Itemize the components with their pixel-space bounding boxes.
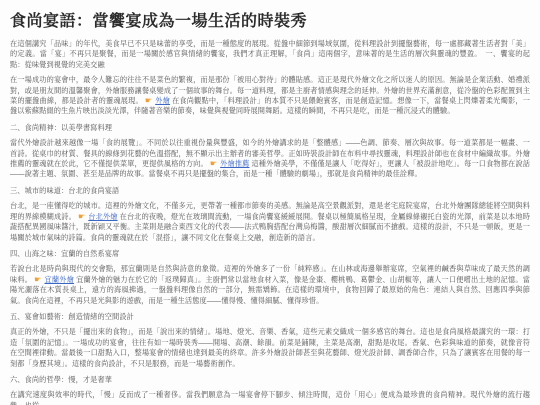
paragraph: 真正的外燴，不只是「擺出來的食物」，而是「說出來的情緒」。場地、燈光、音樂、香氣… — [10, 327, 530, 369]
section-heading: 六、食尚的哲學：慢，才是奢華 — [10, 375, 530, 385]
section-heading: 二、食尚精神：以美學書寫料理 — [10, 123, 530, 133]
text-run: 三、城市的味道：台北的食尚宴語 — [10, 186, 119, 195]
article-page: 食尚宴語：當饗宴成為一場生活的時裝秀 在這個講究「品味」的年代，美食早已不只是味… — [0, 0, 540, 405]
text-run: 宜蘭外燴的魅力在於它的「返璞歸真」。主廚們常以當地食材入菜，像是金棗、櫻桃鴨、葛… — [10, 275, 530, 305]
article-body: 在這個講究「品味」的年代，美食早已不只是味蕾的享受，而是一種態度的展現。從盤中細… — [10, 39, 530, 405]
paragraph: 在一場成功的宴會中，最令人難忘的往往不是菜色的繁複，而是那份「被用心對待」的體貼… — [10, 75, 530, 117]
inline-link[interactable]: 台北外燴 — [88, 212, 117, 221]
paragraph: 若說台北是時尚與現代的交會點，那宜蘭則是自然與詩意的象徵。這裡的外燴多了一份「純… — [10, 264, 530, 306]
section-heading: 四、山海之味：宜蘭的自然系宴席 — [10, 249, 530, 259]
paragraph: 在這個講究「品味」的年代，美食早已不只是味蕾的享受，而是一種態度的展現。從盤中細… — [10, 39, 530, 70]
text-run: 真正的外燴，不只是「擺出來的食物」，而是「說出來的情緒」。場地、燈光、音樂、香氣… — [10, 327, 530, 367]
pointing-right-hand-emoji-icon: ☛ — [34, 275, 41, 284]
inline-link[interactable]: 宜蘭外燴 — [44, 275, 74, 284]
text-run: 在這個講究「品味」的年代，美食早已不只是味蕾的享受，而是一種態度的展現。從盤中細… — [10, 39, 530, 69]
text-run: 二、食尚精神：以美學書寫料理 — [10, 123, 112, 132]
paragraph: 在講究速度與效率的時代，「慢」反而成了一種奢侈。當我們願意為一場宴會停下腳步、傾… — [10, 390, 530, 405]
paragraph: 當代外燴設計越來越像一場「食的展覽」。不同於以往重視份量與豐盛，如今的外燴講求的… — [10, 138, 530, 180]
section-heading: 三、城市的味道：台北的食尚宴語 — [10, 186, 530, 196]
page-title: 食尚宴語：當饗宴成為一場生活的時裝秀 — [10, 12, 530, 32]
text-run: 五、宴會如藝術：創造情緒的空間設計 — [10, 312, 134, 321]
pointing-right-hand-emoji-icon: ☛ — [78, 212, 85, 221]
text-run: 在講究速度與效率的時代，「慢」反而成了一種奢侈。當我們願意為一場宴會停下腳步、傾… — [10, 390, 530, 405]
pointing-right-hand-emoji-icon: ☛ — [210, 159, 217, 168]
inline-link[interactable]: 外燴推薦 — [220, 159, 249, 168]
pointing-right-hand-emoji-icon: ☛ — [145, 96, 152, 105]
section-heading: 五、宴會如藝術：創造情緒的空間設計 — [10, 312, 530, 322]
paragraph: 台北，是一座懂得吃的城市。這裡的外燴文化，不僅多元，更帶著一種都市節奏的美感。無… — [10, 201, 530, 243]
text-run: 六、食尚的哲學：慢，才是奢華 — [10, 375, 112, 384]
text-run: 四、山海之味：宜蘭的自然系宴席 — [10, 249, 119, 258]
inline-link[interactable]: 外燴 — [155, 96, 170, 105]
